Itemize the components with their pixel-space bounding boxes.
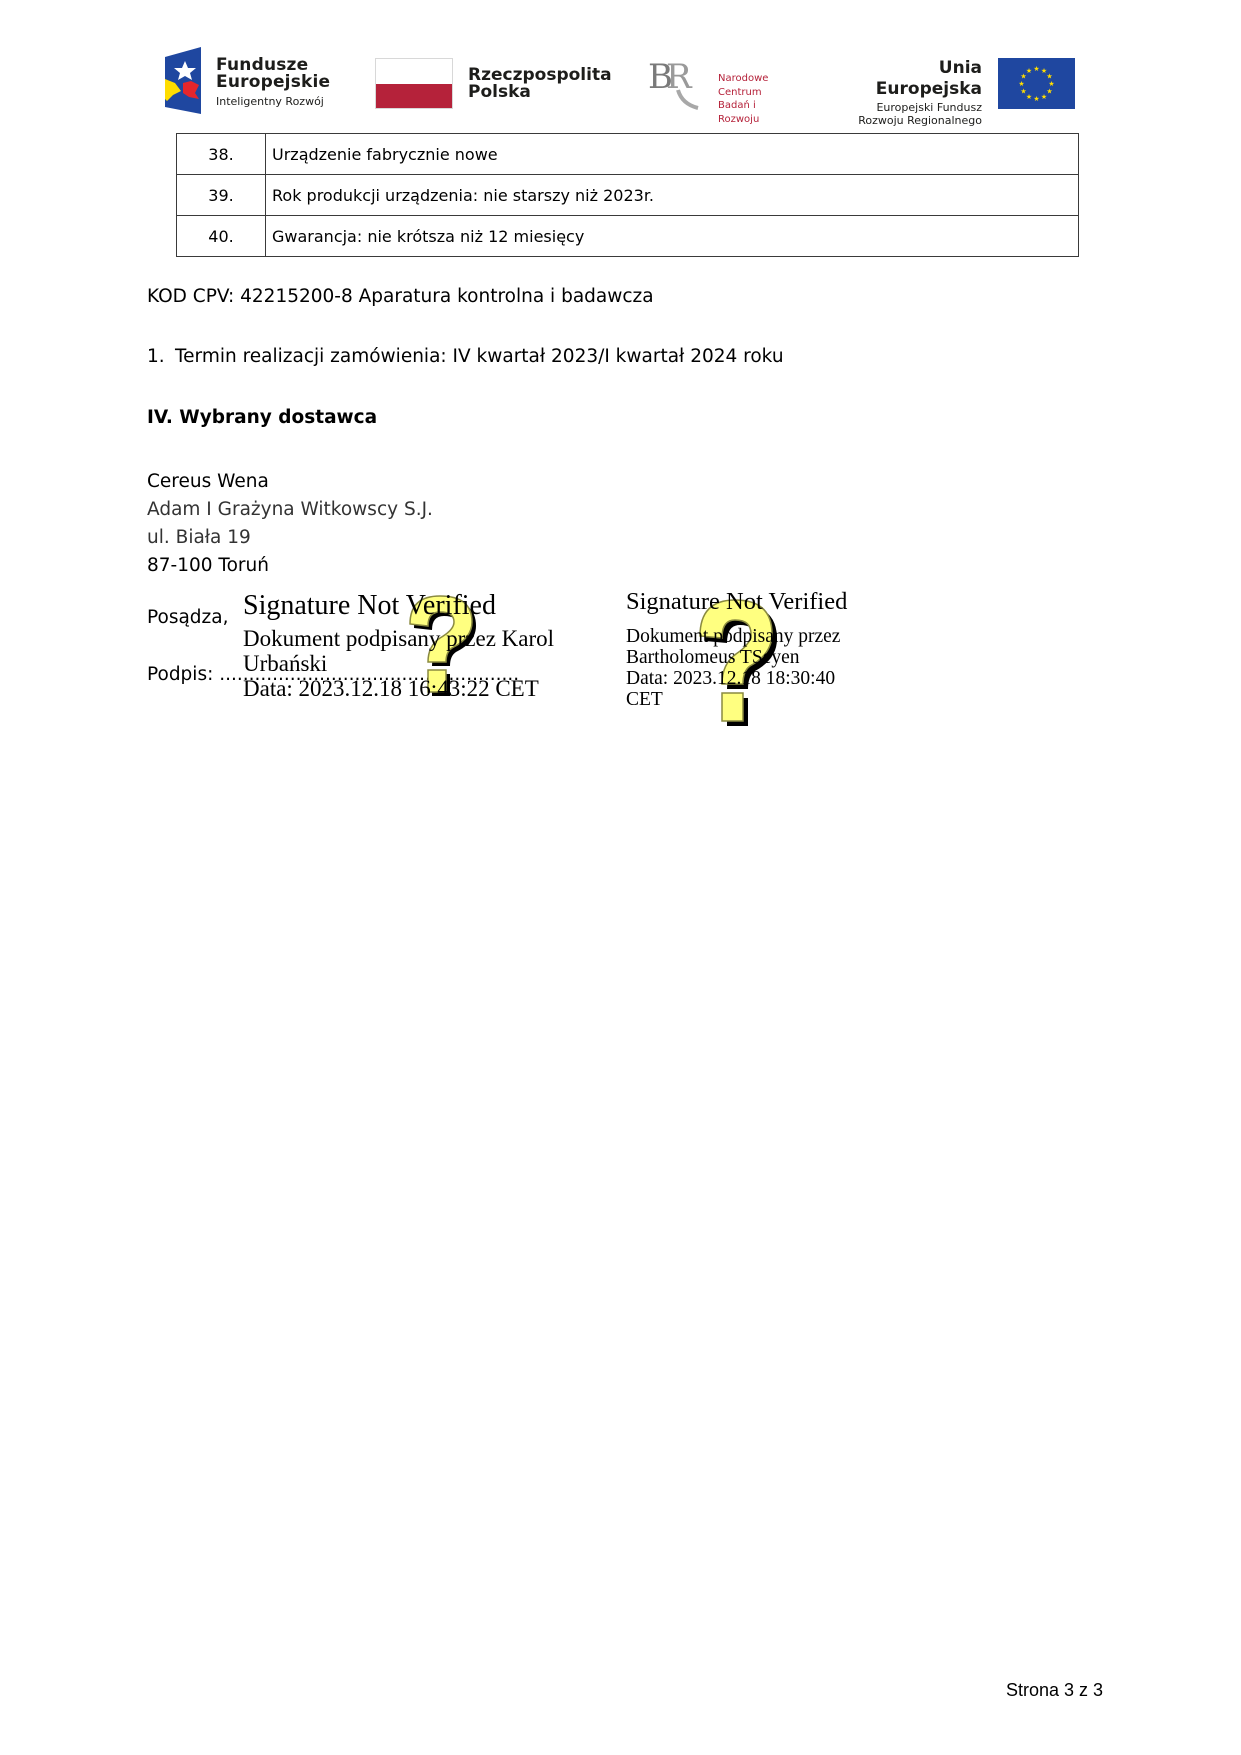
delivery-term-text: Termin realizacji zamówienia: IV kwartał… <box>175 346 784 367</box>
logo-line: Inteligentny Rozwój <box>216 96 330 107</box>
cpv-code: KOD CPV: 42215200-8 Aparatura kontrolna … <box>147 286 654 307</box>
svg-text:★: ★ <box>1018 80 1024 88</box>
signature-signer: Dokument podpisany przez <box>626 626 847 647</box>
signature-status: Signature Not Verified <box>626 588 847 616</box>
delivery-term: 1.Termin realizacji zamówienia: IV kwart… <box>147 346 784 367</box>
signature-signer-name: Bartholomeus TSeyen <box>626 647 847 668</box>
fundusze-europejskie-logo-icon <box>165 47 201 114</box>
svg-text:★: ★ <box>1020 88 1026 96</box>
rzeczpospolita-polska-logo-text: Rzeczpospolita Polska <box>468 67 612 101</box>
place-date-label: Posądza, <box>147 607 228 628</box>
supplier-city: 87-100 Toruń <box>147 552 433 580</box>
table-row: 39.Rok produkcji urządzenia: nie starszy… <box>177 175 1079 216</box>
table-row: 38.Urządzenie fabrycznie nowe <box>177 134 1079 175</box>
supplier-owners: Adam I Grażyna Witkowscy S.J. <box>147 496 433 524</box>
fundusze-europejskie-logo-text: Fundusze Europejskie Inteligentny Rozwój <box>216 57 330 107</box>
svg-text:★: ★ <box>1046 88 1052 96</box>
row-number: 38. <box>177 134 266 175</box>
svg-text:★: ★ <box>1026 93 1032 101</box>
logo-line: Unia Europejska <box>828 58 982 101</box>
row-description: Gwarancja: nie krótsza niż 12 miesięcy <box>266 216 1079 257</box>
row-number: 39. <box>177 175 266 216</box>
signature-date: Data: 2023.12.18 18:30:40 <box>626 668 847 689</box>
supplier-name: Cereus Wena <box>147 468 433 496</box>
logo-line: Rozwoju Regionalnego <box>828 114 982 128</box>
svg-text:★: ★ <box>1033 95 1039 103</box>
signature-status: Signature Not Verified <box>243 590 554 622</box>
svg-text:★: ★ <box>1026 67 1032 75</box>
row-number: 40. <box>177 216 266 257</box>
signature-signer: Dokument podpisany przez Karol <box>243 626 554 651</box>
signature-timezone: CET <box>626 689 847 710</box>
table-row: 40.Gwarancja: nie krótsza niż 12 miesięc… <box>177 216 1079 257</box>
row-description: Rok produkcji urządzenia: nie starszy ni… <box>266 175 1079 216</box>
ncbr-logo-text: Narodowe Centrum Badań i Rozwoju <box>718 72 768 126</box>
list-number: 1. <box>147 346 175 367</box>
digital-signature-karol-urbanski[interactable]: Signature Not Verified Dokument podpisan… <box>243 590 554 701</box>
eu-flag-icon: ★★★★★★★★★★★★ <box>998 58 1075 109</box>
logo-line: Narodowe Centrum <box>718 72 768 99</box>
specification-table: 38.Urządzenie fabrycznie nowe39.Rok prod… <box>176 133 1079 257</box>
svg-text:★: ★ <box>1033 65 1039 73</box>
page-number: Strona 3 z 3 <box>1006 1680 1103 1701</box>
ncbr-logo-icon: B R <box>648 58 708 110</box>
row-description: Urządzenie fabrycznie nowe <box>266 134 1079 175</box>
supplier-address: Cereus Wena Adam I Grażyna Witkowscy S.J… <box>147 468 433 580</box>
logo-line: Europejskie <box>216 74 330 91</box>
digital-signature-bartholomeus-tseyen[interactable]: Signature Not Verified Dokument podpisan… <box>626 588 847 710</box>
signature-signer-name: Urbański <box>243 651 554 676</box>
supplier-street: ul. Biała 19 <box>147 524 433 552</box>
unia-europejska-logo-text: Unia Europejska Europejski Fundusz Rozwo… <box>828 58 982 128</box>
logo-line: Polska <box>468 84 612 101</box>
logo-line: Badań i Rozwoju <box>718 99 768 126</box>
polish-flag-icon <box>375 58 453 109</box>
section-heading: IV. Wybrany dostawca <box>147 407 377 428</box>
logo-line: Europejski Fundusz <box>828 101 982 115</box>
signature-date: Data: 2023.12.18 16:43:22 CET <box>243 676 554 701</box>
svg-text:★: ★ <box>1041 93 1047 101</box>
signature-label: Podpis: <box>147 664 219 685</box>
